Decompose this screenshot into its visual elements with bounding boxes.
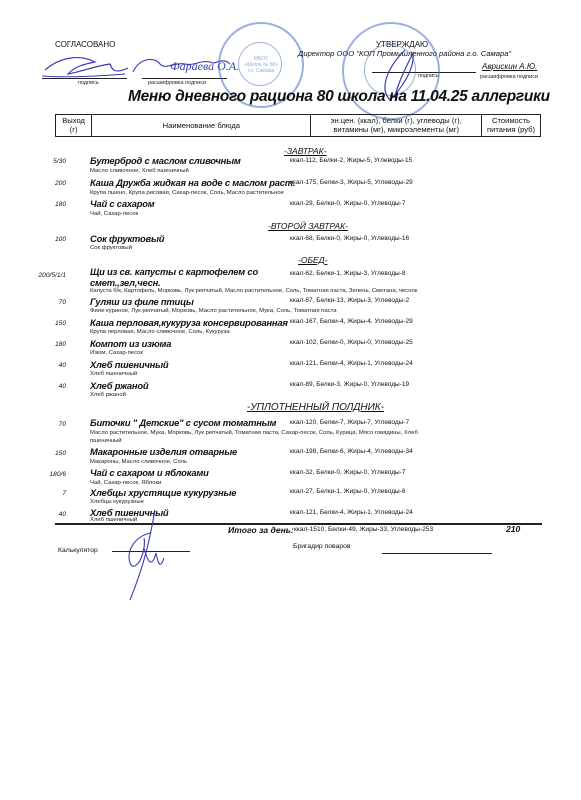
calculator-label: Калькулятор xyxy=(58,547,98,554)
item-yield: 180 xyxy=(22,201,66,208)
item-nutrition: ккал-167, Белки-4, Жиры-4, Углеводы-29 xyxy=(290,318,413,325)
item-name: Хлеб ржаной xyxy=(90,380,148,391)
item-name: Хлеб пшеничный xyxy=(90,359,168,370)
item-name: Сок фруктовый xyxy=(90,233,164,244)
item-ingredients: Крупа перловая, Масло сливочное, Соль, К… xyxy=(90,329,230,335)
item-ingredients: Макароны, Масло сливочное, Соль xyxy=(90,459,187,465)
item-name: Щи из св. капусты с картофелем со xyxy=(90,266,258,277)
item-ingredients: Чай, Сахар-песок xyxy=(90,211,138,217)
item-nutrition: ккал-68, Белки-0, Жиры-0, Углеводы-16 xyxy=(290,235,409,242)
item-ingredients: Хлебцы кукурузные xyxy=(90,499,144,505)
item-name: Чай с сахаром xyxy=(90,198,155,209)
item-ingredients-line2: пшеничный xyxy=(90,438,122,444)
item-yield: 40 xyxy=(22,383,66,390)
item-nutrition: ккал-112, Белки-2, Жиры-5, Углеводы-15 xyxy=(290,157,412,164)
item-ingredients: Филе куриное, Лук репчатый, Морковь, Мас… xyxy=(90,308,336,314)
page-title: Меню дневного рациона 80 школа на 11.04.… xyxy=(128,88,550,106)
signature-line-left xyxy=(42,78,127,79)
decoding-caption-right: расшифровка подписи xyxy=(480,74,538,80)
item-nutrition: ккал-175, Белки-3, Жиры-5, Углеводы-29 xyxy=(290,179,413,186)
item-yield: 5/30 xyxy=(22,158,66,165)
item-name: Чай с сахаром и яблоками xyxy=(90,467,209,478)
decoding-line-left xyxy=(142,78,227,79)
item-yield: 100 xyxy=(22,236,66,243)
item-yield: 70 xyxy=(22,299,66,306)
item-yield: 70 xyxy=(22,421,66,428)
col-dish-name: Наименование блюда xyxy=(92,115,311,137)
item-yield: 180 xyxy=(22,341,66,348)
item-nutrition: ккал-102, Белки-0, Жиры-0, Углеводы-25 xyxy=(290,339,413,346)
item-nutrition: ккал-121, Белки-4, Жиры-1, Углеводы-24 xyxy=(290,509,413,516)
item-ingredients: Капуста б/к, Картофель, Морковь, Лук реп… xyxy=(90,288,417,294)
section-title-breakfast: -ЗАВТРАК- xyxy=(284,146,327,156)
item-yield: 40 xyxy=(22,362,66,369)
chef-label: Бригадир поваров xyxy=(293,543,351,550)
item-ingredients: Масло растительное, Мука, Морковь, Лук р… xyxy=(90,430,418,436)
item-nutrition: ккал-89, Белки-3, Жиры-0, Углеводы-19 xyxy=(290,381,409,388)
item-name: Гуляш из филе птицы xyxy=(90,296,194,307)
item-yield: 180/6 xyxy=(22,471,66,478)
section-title-afternoon-snack: -УПЛОТНЕННЫЙ ПОЛДНИК- xyxy=(247,402,384,413)
item-ingredients: Масло сливочное, Хлеб пшеничный xyxy=(90,168,189,174)
section-title-second-breakfast: -ВТОРОЙ ЗАВТРАК- xyxy=(268,221,348,231)
item-yield: 7 xyxy=(22,490,66,497)
item-yield: 200 xyxy=(22,180,66,187)
calculator-signature xyxy=(120,508,170,603)
item-nutrition: ккал-27, Белки-1, Жиры-0, Углеводы-6 xyxy=(290,488,405,495)
item-nutrition: ккал-87, Белки-13, Жиры-3, Углеводы-2 xyxy=(290,297,409,304)
menu-table-header: Выход (г) Наименование блюда эн.цен. (кк… xyxy=(55,114,541,137)
decoding-caption-left: расшифровка подписи xyxy=(148,80,206,86)
item-ingredients: Чай, Сахар-песок, Яблоки xyxy=(90,480,161,486)
item-ingredients: Хлеб пшеничный xyxy=(90,371,137,377)
item-yield: 200/5/1/1 xyxy=(14,272,66,279)
item-ingredients: Изюм, Сахар-песок xyxy=(90,350,143,356)
item-nutrition: ккал-120, Белки-7, Жиры-7, Углеводы-7 xyxy=(290,419,409,426)
totals-cost: 210 xyxy=(506,524,520,534)
item-name: Хлебцы хрустящие кукурузные xyxy=(90,487,236,498)
totals-label: Итого за день: xyxy=(228,525,294,535)
item-yield: 150 xyxy=(22,320,66,327)
chef-signature-line xyxy=(382,553,492,554)
col-nutrition: эн.цен. (ккал), белки (г), углеводы (г),… xyxy=(311,115,482,137)
totals-nutrition: ккал-1510, Белки-49, Жиры-33, Углеводы-2… xyxy=(294,526,433,533)
item-ingredients: Сок фруктовый xyxy=(90,245,132,251)
item-nutrition: ккал-198, Белки-6, Жиры-4, Углеводы-34 xyxy=(290,448,413,455)
item-nutrition: ккал-29, Белки-0, Жиры-0, Углеводы-7 xyxy=(290,200,405,207)
item-name: Компот из изюма xyxy=(90,338,171,349)
col-yield: Выход (г) xyxy=(56,115,92,137)
item-name: Каша перловая,кукуруза консервированная xyxy=(90,317,288,328)
item-nutrition: ккал-32, Белки-0, Жиры-0, Углеводы-7 xyxy=(290,469,405,476)
item-name: Каша Дружба жидкая на воде с маслом раст… xyxy=(90,177,295,188)
item-name: Бутерброд с маслом сливочным xyxy=(90,155,241,166)
item-name: Макаронные изделия отварные xyxy=(90,446,237,457)
item-yield: 40 xyxy=(22,511,66,518)
director-name: Аврискин А.Ю. xyxy=(482,62,537,71)
signature-caption-left: подпись xyxy=(78,80,99,86)
item-nutrition: ккал-121, Белки-4, Жиры-1, Углеводы-24 xyxy=(290,360,413,367)
item-name: Биточки " Детские" с сусом томатным xyxy=(90,417,276,428)
item-ingredients: Хлеб ржаной xyxy=(90,392,126,398)
item-nutrition: ккал-62, Белки-1, Жиры-3, Углеводы-8 xyxy=(290,270,405,277)
section-title-lunch: -ОБЕД- xyxy=(298,255,327,265)
col-cost: Стоимость питания (руб) xyxy=(482,115,541,137)
approved-left-label: СОГЛАСОВАНО xyxy=(55,40,115,49)
item-ingredients: Крупа пшено, Крупа рисовая, Сахар-песок,… xyxy=(90,190,284,196)
item-name-line2: смет.,зел,чесн. xyxy=(90,277,161,288)
item-yield: 150 xyxy=(22,450,66,457)
